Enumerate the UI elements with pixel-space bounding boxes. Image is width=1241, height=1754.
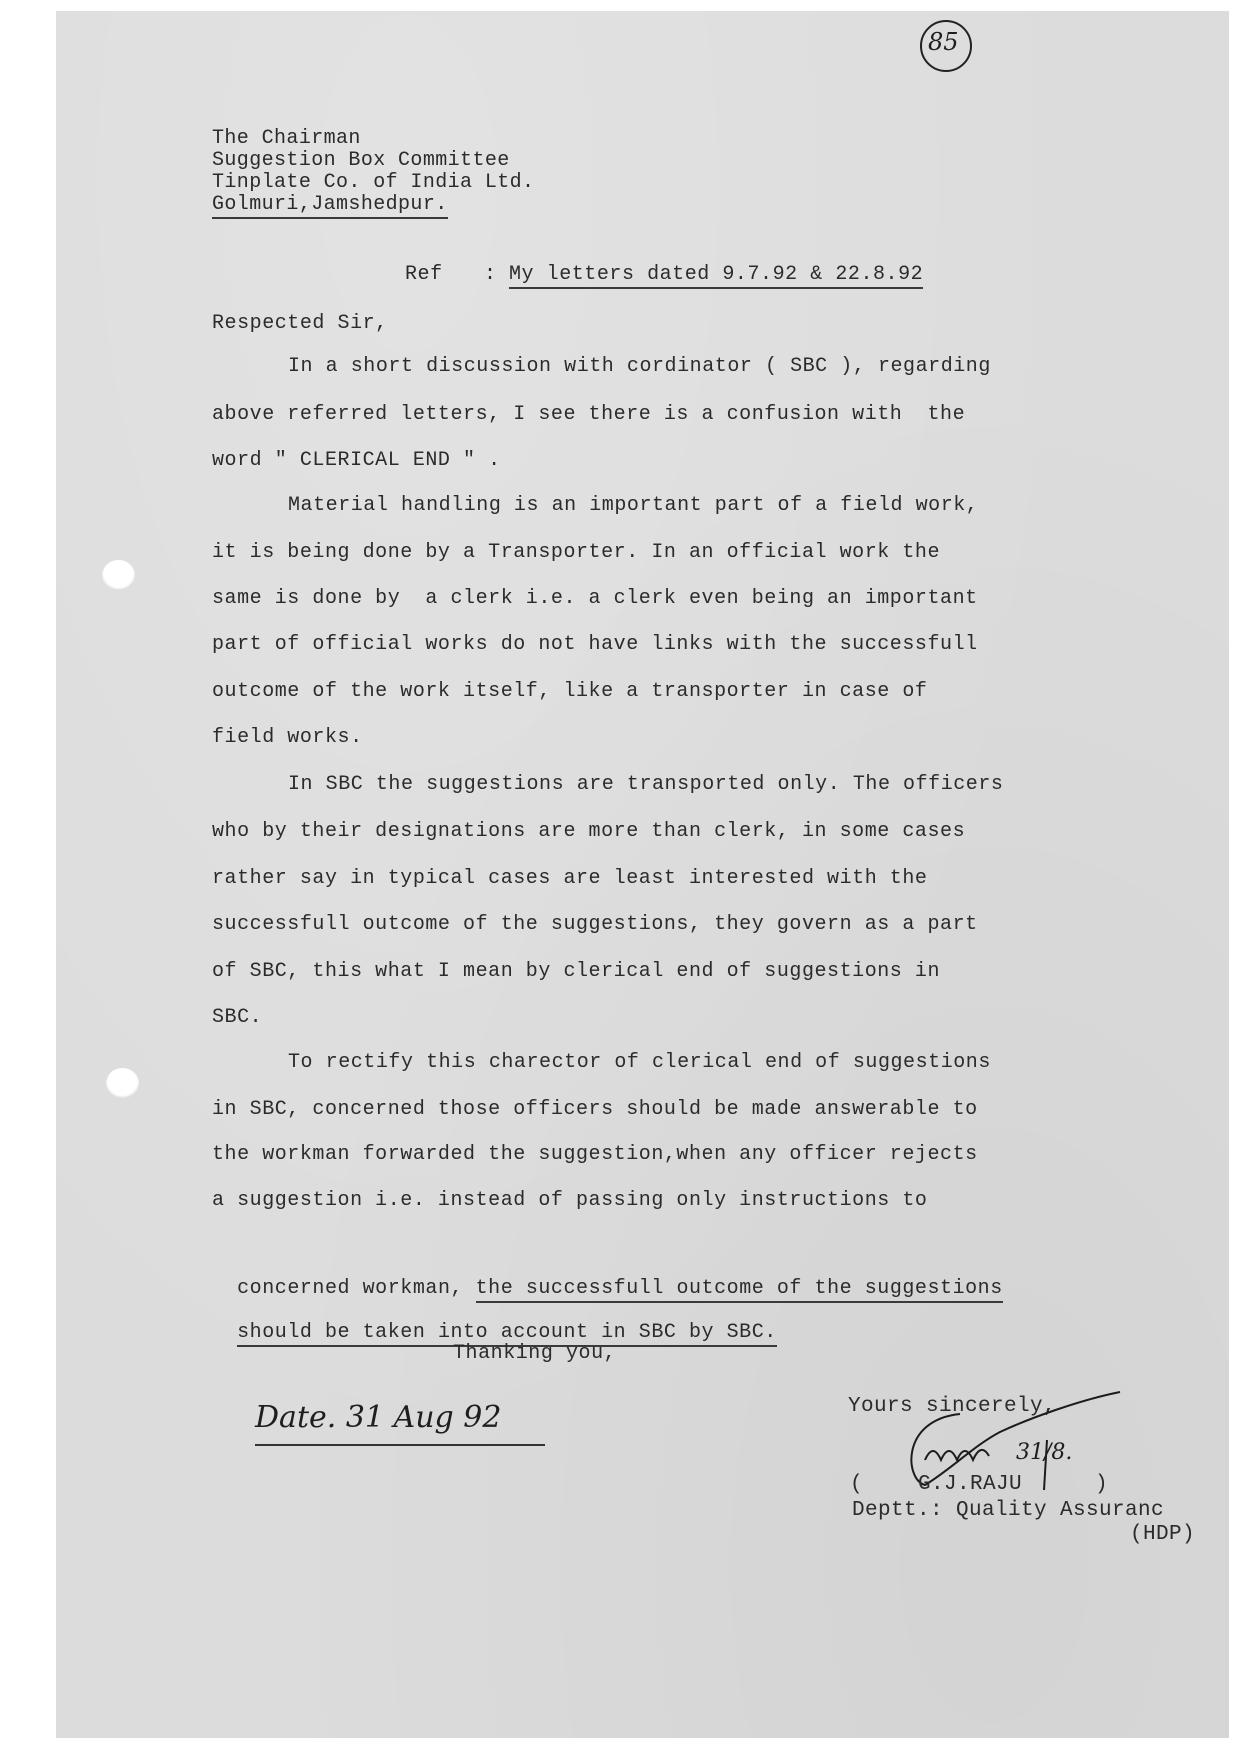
division: (HDP) [1130, 1524, 1195, 1546]
name-close-paren: ) [1095, 1474, 1108, 1496]
signature-date: 31/8. [1016, 1440, 1072, 1465]
signatory-name: G.J.RAJU [918, 1474, 1022, 1496]
signature-scribble-icon [0, 0, 1241, 1754]
department: Deptt.: Quality Assuranc [852, 1500, 1164, 1522]
name-open-paren: ( [850, 1474, 863, 1496]
